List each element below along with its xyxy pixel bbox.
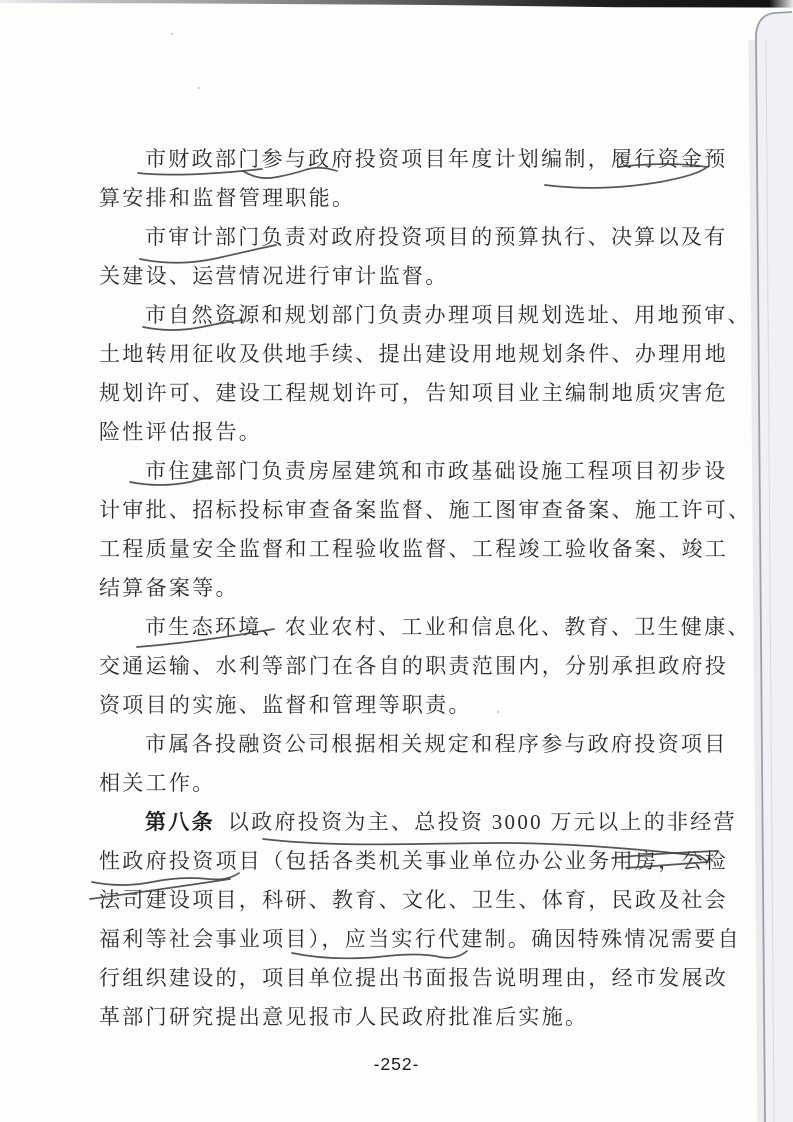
text-line: 行组织建设的，项目单位提出书面报告说明理由，经市发展改 [99, 959, 713, 998]
text-line: 性政府投资项目（包括各类机关事业单位办公业务用房，公检 [99, 842, 713, 881]
text-line: 市审计部门负责对政府投资项目的预算执行、决算以及有 [99, 218, 713, 257]
text-line: 资项目的实施、监督和管理等职责。 [99, 686, 713, 725]
scanned-page: 市财政部门参与政府投资项目年度计划编制，履行资金预算安排和监督管理职能。市审计部… [0, 0, 793, 1122]
text-line: 市财政部门参与政府投资项目年度计划编制，履行资金预 [99, 140, 713, 179]
text-line: 相关工作。 [99, 764, 713, 803]
text-line: 计审批、招标投标审查备案监督、施工图审查备案、施工许可、 [99, 491, 713, 530]
text-line: 交通运输、水利等部门在各自的职责范围内，分别承担政府投 [99, 647, 713, 686]
text-line: 规划许可、建设工程规划许可，告知项目业主编制地质灾害危 [99, 374, 713, 413]
text-line: 福利等社会事业项目），应当实行代建制。确因特殊情况需要自 [99, 920, 713, 959]
text-line: 工程质量安全监督和工程验收监督、工程竣工验收备案、竣工 [99, 530, 713, 569]
document-body: 市财政部门参与政府投资项目年度计划编制，履行资金预算安排和监督管理职能。市审计部… [99, 140, 713, 1037]
dust-speck [198, 87, 200, 89]
text-line: 市自然资源和规划部门负责办理项目规划选址、用地预审、 [99, 296, 713, 335]
article-number: 第八条 [145, 810, 215, 834]
text-line: 第八条以政府投资为主、总投资 3000 万元以上的非经营 [99, 803, 713, 842]
text-line: 革部门研究提出意见报市人民政府批准后实施。 [99, 998, 713, 1037]
text-line: 土地转用征收及供地手续、提出建设用地规划条件、办理用地 [99, 335, 713, 374]
page-edge-shadow [752, 40, 761, 1122]
next-page-edge-band [756, 12, 793, 1122]
text-line: 结算备案等。 [99, 569, 713, 608]
text-line: 市住建部门负责房屋建筑和市政基础设施工程项目初步设 [99, 452, 713, 491]
text-line: 市属各投融资公司根据相关规定和程序参与政府投资项目 [99, 725, 713, 764]
text-line: 市生态环境、农业农村、工业和信息化、教育、卫生健康、 [99, 608, 713, 647]
scan-edge-top [0, 0, 793, 8]
dust-speck [171, 33, 173, 35]
page-edge-inner-line [766, 40, 774, 1122]
text-line: 险性评估报告。 [99, 413, 713, 452]
text-line: 算安排和监督管理职能。 [99, 179, 713, 218]
page-edge-line [756, 12, 792, 1122]
text-line: 法司建设项目，科研、教育、文化、卫生、体育，民政及社会 [99, 881, 713, 920]
page-number: -252- [0, 1054, 793, 1075]
text-line: 关建设、运营情况进行审计监督。 [99, 257, 713, 296]
